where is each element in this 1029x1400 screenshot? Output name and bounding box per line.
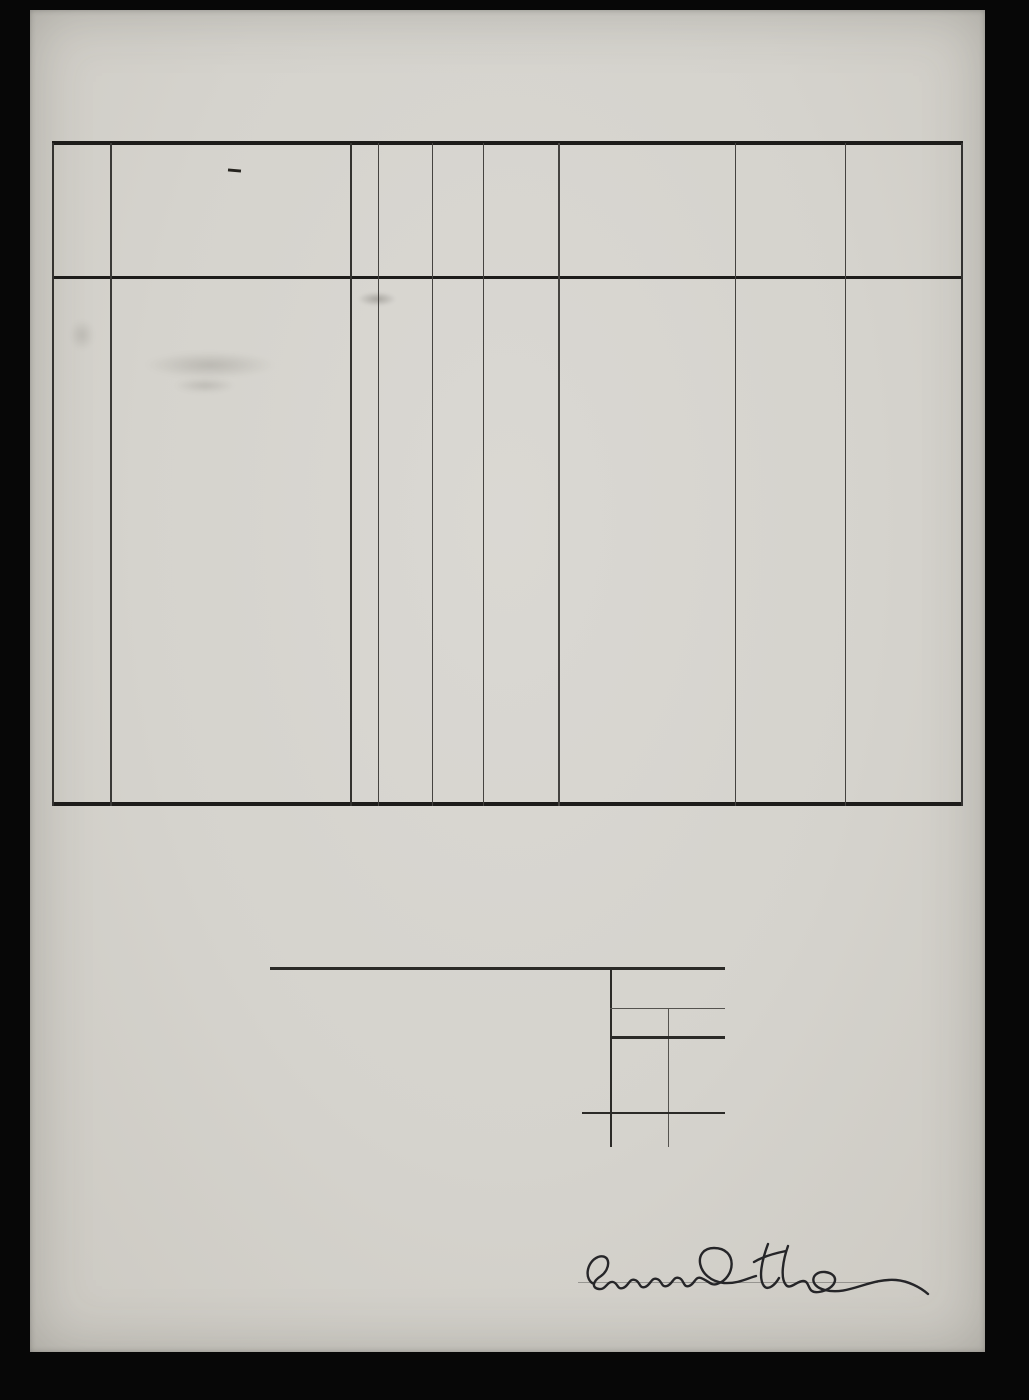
summary-column-divider <box>668 1009 669 1147</box>
column-header-sex <box>350 144 378 274</box>
signature-handwriting <box>578 1236 930 1310</box>
column-header-remarks <box>845 143 961 276</box>
summary-top-rule <box>270 967 725 970</box>
table-border-right <box>961 143 963 806</box>
column-header-building <box>52 144 110 274</box>
column-header-name <box>110 143 350 276</box>
summary-row-b <box>268 1074 598 1086</box>
table-header-bottom-rule <box>52 276 963 279</box>
pencil-smudge <box>358 292 396 306</box>
table-bottom-rule <box>52 802 963 806</box>
signature-underline <box>578 1282 878 1283</box>
summary-total-rule <box>582 1112 725 1114</box>
pencil-smudge <box>175 378 235 393</box>
summary-subheader-rule <box>610 1036 725 1039</box>
column-header-family <box>483 145 558 275</box>
pencil-smudge <box>70 320 94 350</box>
column-header-residence <box>735 143 845 276</box>
column-header-occupation <box>558 143 735 276</box>
column-header-marital <box>432 145 483 275</box>
census-form-page <box>30 10 985 1352</box>
pencil-smudge <box>145 352 275 378</box>
summary-row-a <box>268 1046 588 1058</box>
summary-table-divider <box>610 967 612 1147</box>
scanned-census-sheet <box>0 0 1029 1400</box>
column-header-birth <box>378 143 432 276</box>
summary-header-rule <box>610 1008 725 1009</box>
form-title <box>62 78 962 132</box>
